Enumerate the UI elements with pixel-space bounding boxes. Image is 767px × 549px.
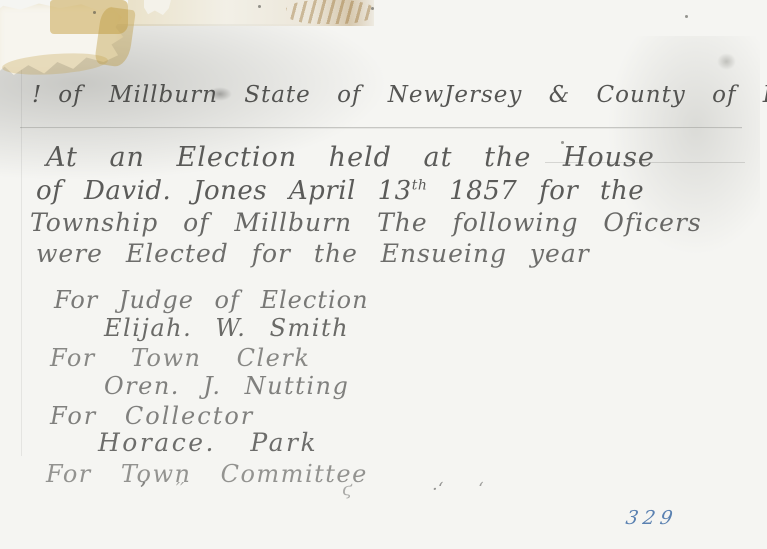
body-line-4: were Elected for the Ensueing year: [36, 239, 590, 268]
tape-stain-streaks: [286, 0, 374, 24]
office-title: For Town Clerk: [50, 344, 310, 372]
page-fold-line: [21, 36, 22, 456]
header-lead-mark: !: [32, 82, 42, 108]
body-line-2-post: 1857 for the: [427, 176, 644, 206]
body-line-2: of David. Jones April 13th 1857 for the: [36, 176, 644, 206]
body-line-3: Township of Millburn The following Ofice…: [30, 208, 702, 237]
body-line-2-pre: of David. Jones April 13: [36, 176, 412, 206]
dust-speck: [93, 11, 96, 14]
faint-ink-mark: ’: [140, 479, 146, 500]
office-title: For Town Committee: [46, 460, 368, 488]
officer-name: Elijah. W. Smith: [104, 314, 349, 342]
faint-ink-mark: ϛ: [342, 479, 352, 500]
dust-speck: [685, 15, 688, 18]
faint-ink-mark: ‘: [478, 479, 484, 500]
faint-ink-mark: ·‘: [432, 479, 443, 500]
office-title: For Collector: [50, 402, 254, 430]
ruled-line: [20, 127, 742, 129]
officer-name: Horace. Park: [98, 428, 318, 457]
officer-name: Oren. J. Nutting: [104, 372, 349, 400]
dust-speck: [258, 5, 261, 8]
body-line-1: At an Election held at the House: [46, 142, 655, 173]
ordinal-superscript: th: [412, 177, 428, 193]
header-line: !of Millburn State of NewJersey & County…: [32, 82, 767, 108]
ledger-page-photograph: !of Millburn State of NewJersey & County…: [0, 0, 767, 549]
dust-speck: [371, 7, 374, 10]
office-title: For Judge of Election: [54, 286, 369, 314]
page-number: 329: [624, 507, 679, 529]
header-text: of Millburn State of NewJersey & County …: [58, 82, 767, 108]
faint-ink-mark: ′′: [176, 479, 184, 500]
border-smudge: [717, 53, 736, 70]
